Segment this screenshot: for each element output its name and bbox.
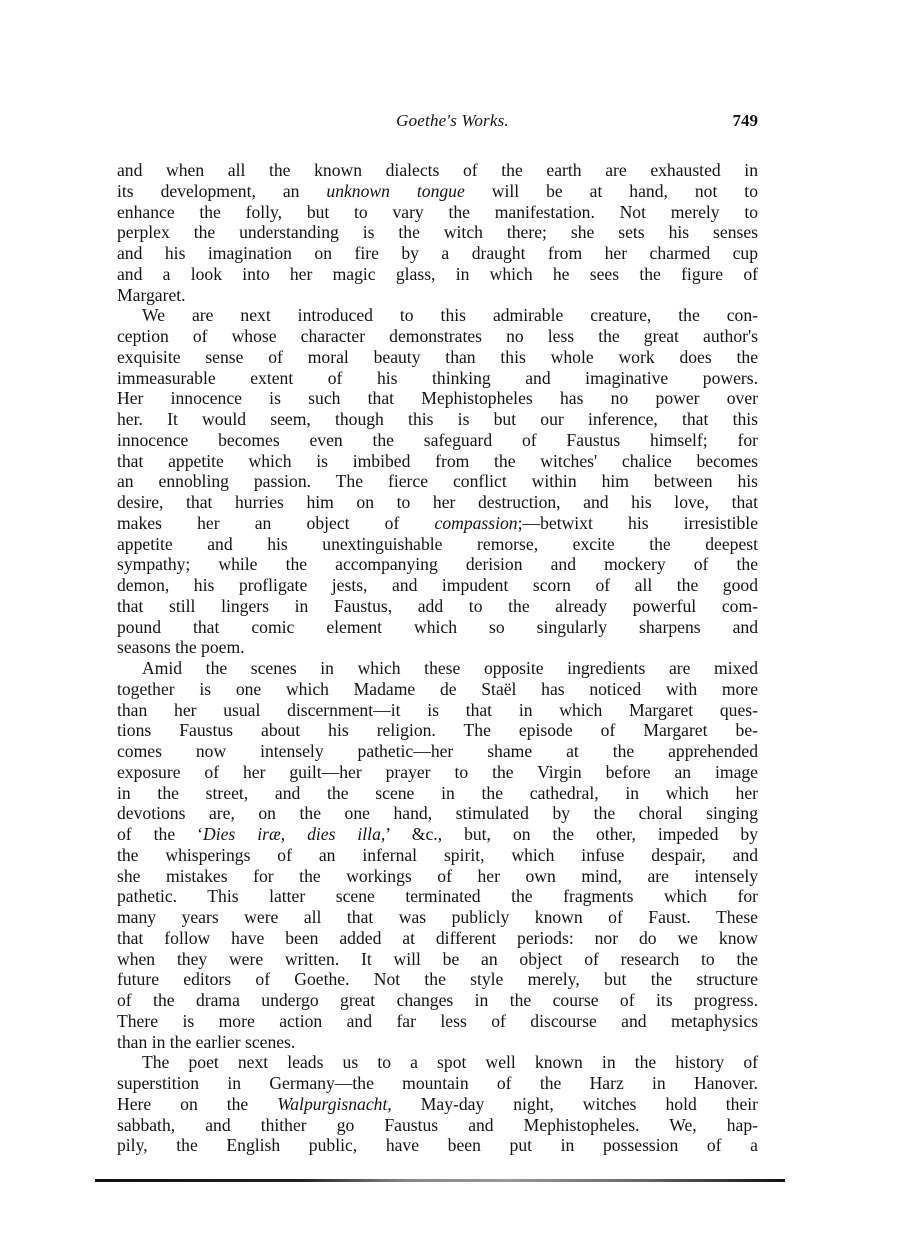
text-line: that still lingers in Faustus, add to th…: [117, 596, 758, 617]
text-line: innocence becomes even the safeguard of …: [117, 430, 758, 451]
text-line: We are next introduced to this admirable…: [117, 305, 758, 326]
text-line: and his imagination on fire by a draught…: [117, 243, 758, 264]
text-run: exquisite sense of moral beauty than thi…: [117, 347, 758, 367]
text-run: demon, his profligate jests, and impuden…: [117, 575, 758, 595]
text-run: the whisperings of an infernal spirit, w…: [117, 845, 758, 865]
text-run: The poet next leads us to a spot well kn…: [142, 1052, 758, 1072]
text-run: Amid the scenes in which these opposite …: [142, 658, 758, 678]
text-run: than her usual discernment—it is that in…: [117, 700, 758, 720]
text-run: tions Faustus about his religion. The ep…: [117, 720, 758, 740]
text-run: she mistakes for the workings of her own…: [117, 866, 758, 886]
text-line: desire, that hurries him on to her destr…: [117, 492, 758, 513]
text-line: superstition in Germany—the mountain of …: [117, 1073, 758, 1094]
text-run: that appetite which is imbibed from the …: [117, 451, 758, 471]
text-line: The poet next leads us to a spot well kn…: [117, 1052, 758, 1073]
text-run: of the ‘: [117, 824, 203, 844]
text-run: and when all the known dialects of the e…: [117, 160, 758, 180]
text-run: Her innocence is such that Mephistophele…: [117, 388, 758, 408]
text-line: than her usual discernment—it is that in…: [117, 700, 758, 721]
text-line: There is more action and far less of dis…: [117, 1011, 758, 1032]
text-line: appetite and his unextinguishable remors…: [117, 534, 758, 555]
text-run: her. It would seem, though this is but o…: [117, 409, 758, 429]
text-line: than in the earlier scenes.: [117, 1032, 758, 1053]
text-line: makes her an object of compassion;—betwi…: [117, 513, 758, 534]
text-run: seasons the poem.: [117, 637, 245, 657]
text-run: Margaret.: [117, 285, 186, 305]
text-run: in the street, and the scene in the cath…: [117, 783, 758, 803]
text-line: exposure of her guilt—her prayer to the …: [117, 762, 758, 783]
text-line: ception of whose character demonstrates …: [117, 326, 758, 347]
italic-phrase: compassion: [435, 513, 518, 533]
text-line: many years were all that was publicly kn…: [117, 907, 758, 928]
text-line: immeasurable extent of his thinking and …: [117, 368, 758, 389]
text-line: enhance the folly, but to vary the manif…: [117, 202, 758, 223]
text-line: perplex the understanding is the witch t…: [117, 222, 758, 243]
text-line: exquisite sense of moral beauty than thi…: [117, 347, 758, 368]
text-run: ’ &c., but, on the other, impeded by: [385, 824, 758, 844]
text-line: when they were written. It will be an ob…: [117, 949, 758, 970]
text-line: she mistakes for the workings of her own…: [117, 866, 758, 887]
text-line: Here on the Walpurgisnacht, May-day nigh…: [117, 1094, 758, 1115]
running-title: Goethe's Works.: [117, 111, 758, 131]
text-line: Amid the scenes in which these opposite …: [117, 658, 758, 679]
text-run: Here on the: [117, 1094, 277, 1114]
paragraph: We are next introduced to this admirable…: [117, 305, 758, 658]
text-line: and a look into her magic glass, in whic…: [117, 264, 758, 285]
text-run: pathetic. This latter scene terminated t…: [117, 886, 758, 906]
text-run: of the drama undergo great changes in th…: [117, 990, 758, 1010]
italic-phrase: unknown tongue: [326, 181, 464, 201]
text-run: innocence becomes even the safeguard of …: [117, 430, 758, 450]
text-run: devotions are, on the one hand, stimulat…: [117, 803, 758, 823]
text-line: pily, the English public, have been put …: [117, 1135, 758, 1156]
text-run: perplex the understanding is the witch t…: [117, 222, 758, 242]
text-line: her. It would seem, though this is but o…: [117, 409, 758, 430]
text-run: ;—betwixt his irresistible: [518, 513, 758, 533]
text-run: pily, the English public, have been put …: [117, 1135, 758, 1155]
text-line: of the ‘Dies iræ, dies illa,’ &c., but, …: [117, 824, 758, 845]
paragraph: The poet next leads us to a spot well kn…: [117, 1052, 758, 1156]
text-line: comes now intensely pathetic—her shame a…: [117, 741, 758, 762]
text-run: sympathy; while the accompanying derisio…: [117, 554, 758, 574]
text-line: of the drama undergo great changes in th…: [117, 990, 758, 1011]
text-run: that still lingers in Faustus, add to th…: [117, 596, 758, 616]
text-run: together is one which Madame de Staël ha…: [117, 679, 758, 699]
text-line: that appetite which is imbibed from the …: [117, 451, 758, 472]
text-line: Her innocence is such that Mephistophele…: [117, 388, 758, 409]
text-run: that follow have been added at different…: [117, 928, 758, 948]
text-run: ception of whose character demonstrates …: [117, 326, 758, 346]
text-run: desire, that hurries him on to her destr…: [117, 492, 758, 512]
text-line: pathetic. This latter scene terminated t…: [117, 886, 758, 907]
italic-phrase: Walpurgisnacht: [277, 1094, 387, 1114]
text-line: seasons the poem.: [117, 637, 758, 658]
text-run: than in the earlier scenes.: [117, 1032, 295, 1052]
text-run: many years were all that was publicly kn…: [117, 907, 758, 927]
text-run: exposure of her guilt—her prayer to the …: [117, 762, 758, 782]
text-run: appetite and his unextinguishable remors…: [117, 534, 758, 554]
paragraph: Amid the scenes in which these opposite …: [117, 658, 758, 1052]
bottom-rule: [95, 1179, 785, 1182]
text-line: pound that comic element which so singul…: [117, 617, 758, 638]
text-line: sympathy; while the accompanying derisio…: [117, 554, 758, 575]
paragraph: and when all the known dialects of the e…: [117, 160, 758, 305]
text-line: and when all the known dialects of the e…: [117, 160, 758, 181]
text-run: We are next introduced to this admirable…: [142, 305, 758, 325]
text-line: demon, his profligate jests, and impuden…: [117, 575, 758, 596]
text-run: , May-day night, witches hold their: [387, 1094, 758, 1114]
page-number: 749: [733, 111, 759, 131]
text-run: its development, an: [117, 181, 326, 201]
text-run: There is more action and far less of dis…: [117, 1011, 758, 1031]
text-run: and his imagination on fire by a draught…: [117, 243, 758, 263]
text-line: the whisperings of an infernal spirit, w…: [117, 845, 758, 866]
body-text: and when all the known dialects of the e…: [117, 160, 758, 1156]
text-run: makes her an object of: [117, 513, 435, 533]
text-run: pound that comic element which so singul…: [117, 617, 758, 637]
text-run: superstition in Germany—the mountain of …: [117, 1073, 758, 1093]
text-run: an ennobling passion. The fierce conflic…: [117, 471, 758, 491]
text-line: in the street, and the scene in the cath…: [117, 783, 758, 804]
text-line: an ennobling passion. The fierce conflic…: [117, 471, 758, 492]
text-line: that follow have been added at different…: [117, 928, 758, 949]
text-run: and a look into her magic glass, in whic…: [117, 264, 758, 284]
text-run: will be at hand, not to: [465, 181, 758, 201]
text-line: its development, an unknown tongue will …: [117, 181, 758, 202]
text-run: when they were written. It will be an ob…: [117, 949, 758, 969]
text-line: together is one which Madame de Staël ha…: [117, 679, 758, 700]
running-head: Goethe's Works. 749: [117, 108, 758, 134]
italic-phrase: Dies iræ, dies illa,: [203, 824, 385, 844]
text-run: future editors of Goethe. Not the style …: [117, 969, 758, 989]
text-line: tions Faustus about his religion. The ep…: [117, 720, 758, 741]
text-line: sabbath, and thither go Faustus and Meph…: [117, 1115, 758, 1136]
text-run: immeasurable extent of his thinking and …: [117, 368, 758, 388]
text-line: future editors of Goethe. Not the style …: [117, 969, 758, 990]
text-line: Margaret.: [117, 285, 758, 306]
text-run: sabbath, and thither go Faustus and Meph…: [117, 1115, 758, 1135]
text-run: enhance the folly, but to vary the manif…: [117, 202, 758, 222]
text-line: devotions are, on the one hand, stimulat…: [117, 803, 758, 824]
text-run: comes now intensely pathetic—her shame a…: [117, 741, 758, 761]
